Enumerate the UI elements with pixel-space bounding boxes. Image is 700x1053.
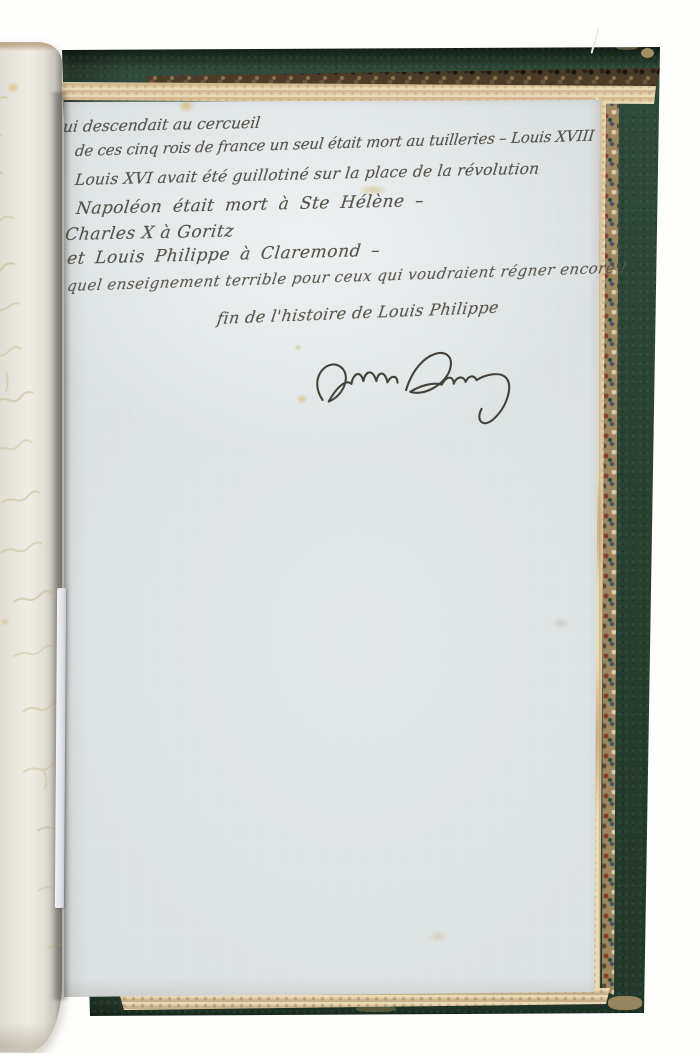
cover-wear-mark bbox=[616, 45, 638, 50]
dumas-signature: Al. Dumas bbox=[292, 342, 522, 437]
cover-wear-mark bbox=[608, 996, 642, 1010]
handwriting-line-5: Charles X à Goritz bbox=[64, 221, 235, 245]
manuscript-photo: ui descendait au cercueil de ces cinq ro… bbox=[0, 0, 700, 1053]
foxing-spot bbox=[428, 930, 448, 943]
cover-wear-mark bbox=[641, 48, 654, 58]
foxing-spot bbox=[552, 618, 570, 629]
